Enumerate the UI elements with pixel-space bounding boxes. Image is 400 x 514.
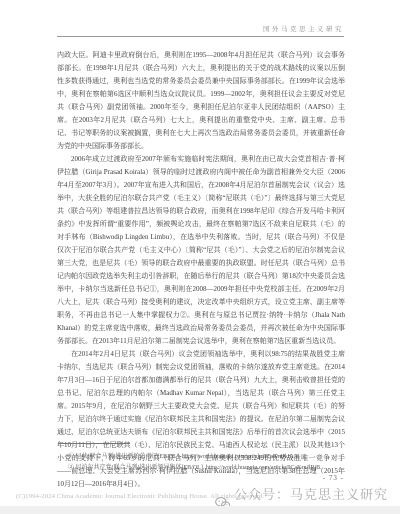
article-body: 内政大臣。阿迪卡里政府倒台后，奥利则在1995—2008年4月担任尼共（联合马列… <box>57 49 345 491</box>
footnote-list: ① 尼共(联合马列)选出新的总书记[EB/OL]. https://world.… <box>68 452 345 474</box>
page-number: - 73 - <box>57 474 344 482</box>
paragraph: 2006年成立过渡政府至2007年颁布实施临时宪法期间，奥利在由已故大会党首相吉… <box>57 153 345 348</box>
journal-page: 国外马克思主义研究 内政大臣。阿迪卡里政府倒台后，奥利则在1995—2008年4… <box>0 0 400 514</box>
footnote-item: ② 尼泊尔共产党(联合马列)选出新领导集体[EB/OL]. https://wo… <box>68 463 345 473</box>
footnote-item: ① 尼共(联合马列)选出新的总书记[EB/OL]. https://world.… <box>68 452 345 462</box>
journal-section-header: 国外马克思主义研究 <box>57 24 344 33</box>
footnote-divider <box>58 443 130 444</box>
paragraph: 内政大臣。阿迪卡里政府倒台后，奥利则在1995—2008年4月担任尼共（联合马列… <box>57 49 345 153</box>
header-divider <box>57 36 344 37</box>
scan-edge <box>0 506 400 514</box>
